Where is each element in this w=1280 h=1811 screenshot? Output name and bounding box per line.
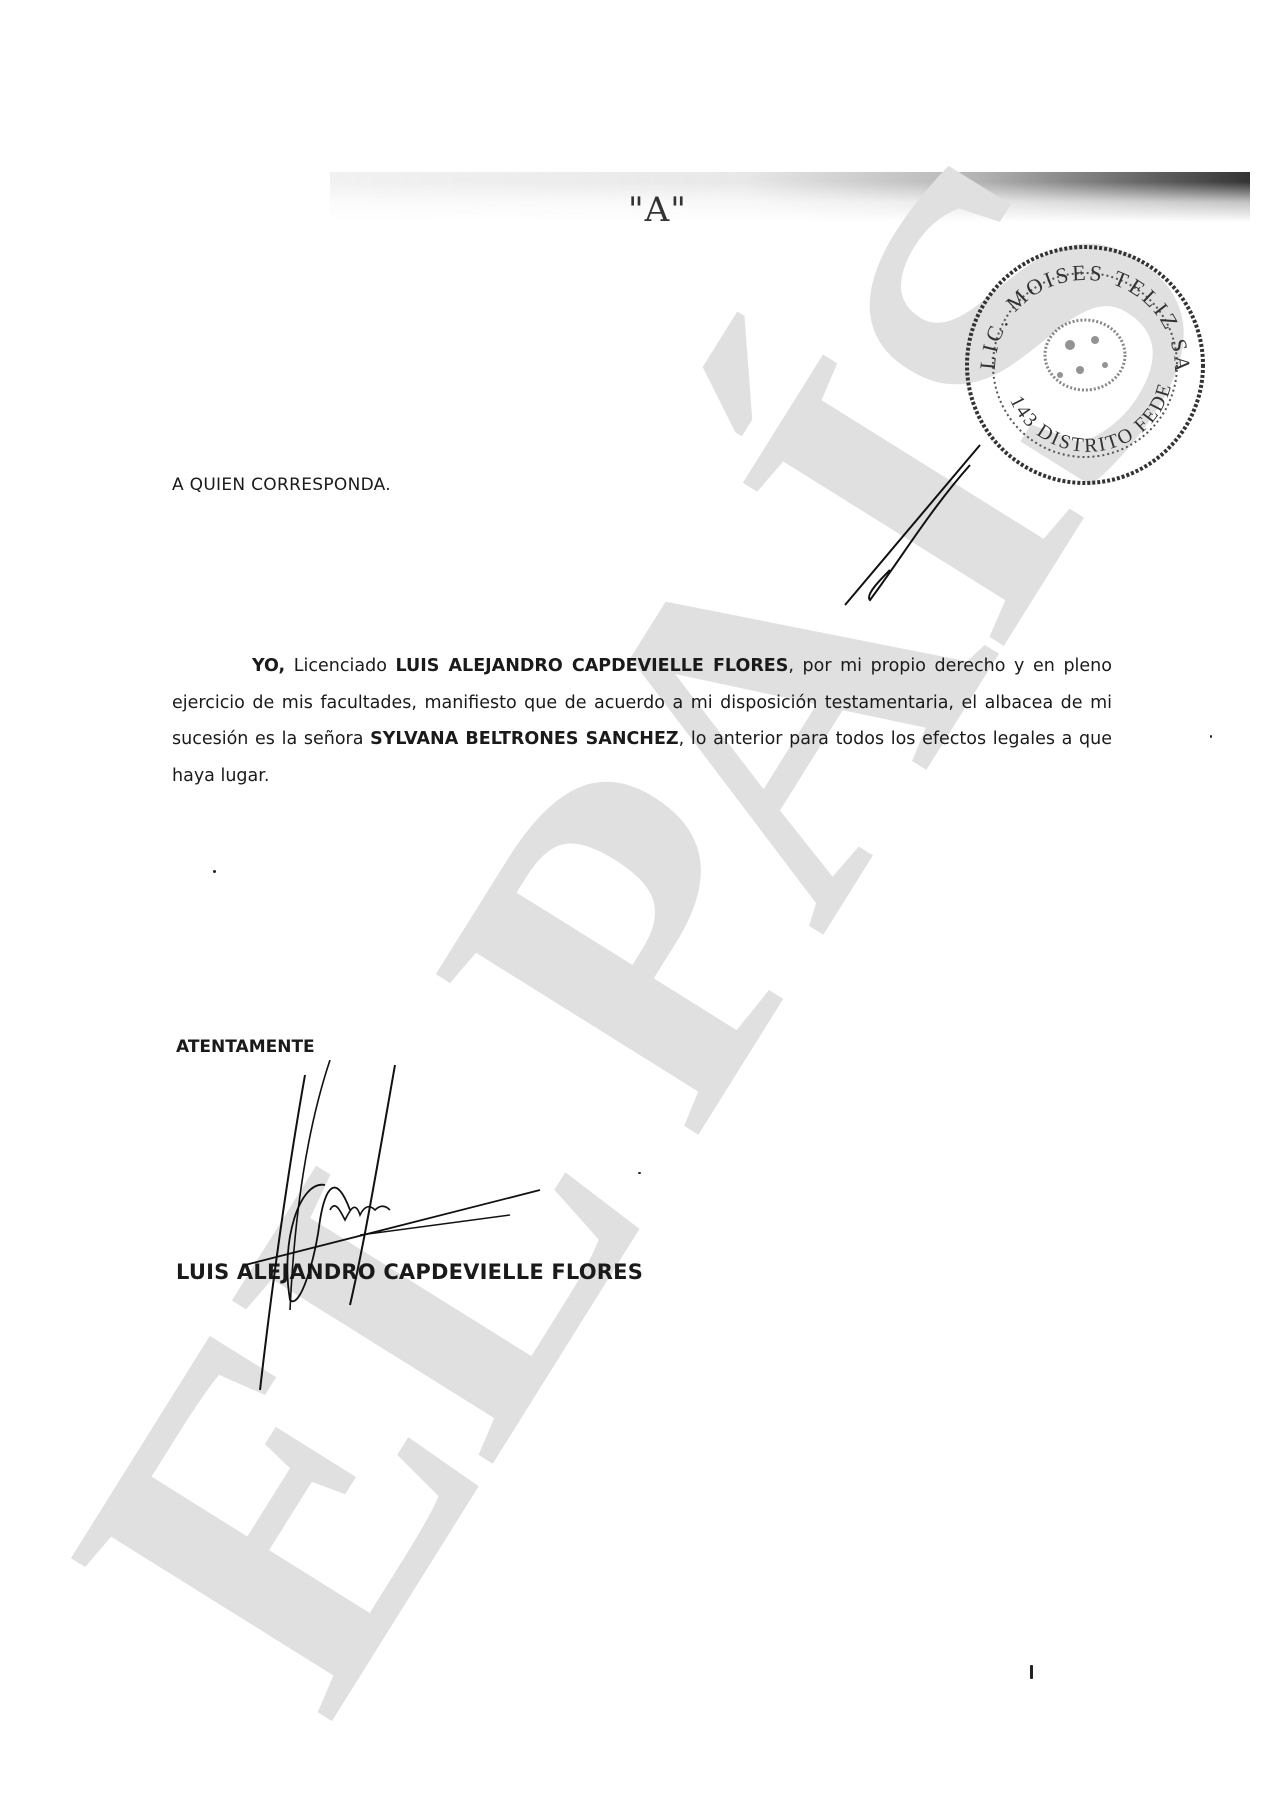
body-title: Licenciado	[285, 656, 395, 676]
executor-name: SYLVANA BELTRONES SANCHEZ	[370, 729, 678, 749]
scan-speck	[638, 1172, 641, 1174]
notary-seal-icon: LIC. MOISES TELIZ SANTOYO 143 DISTRITO F…	[955, 240, 1215, 495]
body-yo: YO,	[252, 656, 285, 676]
document-page: "A" LIC. MOISES TELIZ SANTOYO 143 DISTRI…	[0, 0, 1280, 1811]
notary-signature-icon	[830, 440, 990, 610]
page-mark: "A"	[628, 190, 687, 230]
scan-speck	[1030, 1665, 1033, 1679]
signature-icon	[240, 1060, 560, 1400]
closing: ATENTAMENTE	[176, 1037, 315, 1057]
declaration-paragraph: YO, Licenciado LUIS ALEJANDRO CAPDEVIELL…	[172, 648, 1112, 794]
scan-speck	[213, 870, 216, 873]
scan-speck	[1210, 735, 1212, 738]
salutation: A QUIEN CORRESPONDA.	[172, 475, 391, 495]
declarant-name: LUIS ALEJANDRO CAPDEVIELLE FLORES	[396, 656, 789, 676]
svg-text:LIC. MOISES TELIZ SANTOYO: LIC. MOISES TELIZ SANTOYO	[955, 240, 1195, 375]
